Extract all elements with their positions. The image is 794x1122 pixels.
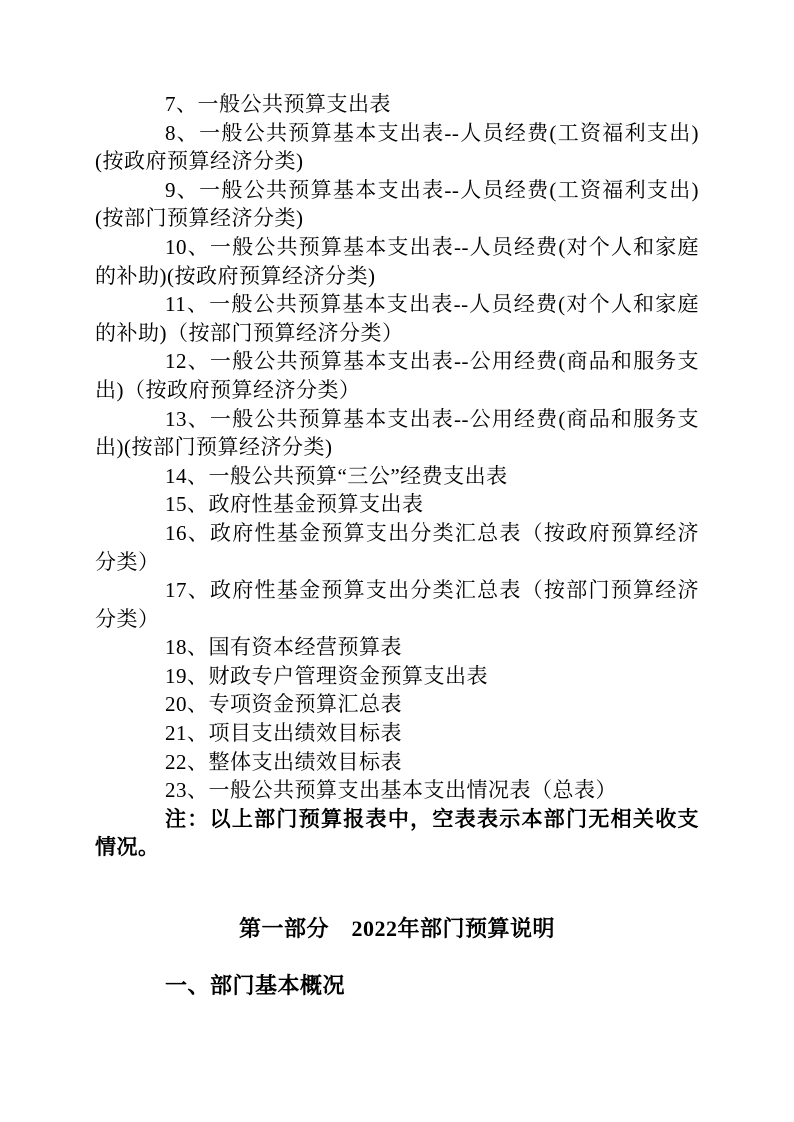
budget-table-list-item-11: 11、一般公共预算基本支出表--人员经费(对个人和家庭的补助)（按部门预算经济分…	[95, 290, 699, 347]
budget-table-list-item-15: 15、政府性基金预算支出表	[95, 490, 699, 519]
budget-table-list-item-20: 20、专项资金预算汇总表	[95, 690, 699, 719]
budget-table-list-item-22: 22、整体支出绩效目标表	[95, 748, 699, 777]
budget-table-list-item-9: 9、一般公共预算基本支出表--人员经费(工资福利支出)(按部门预算经济分类)	[95, 176, 699, 233]
budget-table-list-item-19: 19、财政专户管理资金预算支出表	[95, 662, 699, 691]
budget-table-list-item-14: 14、一般公共预算“三公”经费支出表	[95, 462, 699, 491]
budget-table-list-item-21: 21、项目支出绩效目标表	[95, 719, 699, 748]
budget-table-list-item-23: 23、一般公共预算支出基本支出情况表（总表）	[95, 776, 699, 805]
document-page: 7、一般公共预算支出表 8、一般公共预算基本支出表--人员经费(工资福利支出)(…	[0, 0, 794, 1122]
budget-table-list-item-12: 12、一般公共预算基本支出表--公用经费(商品和服务支出)（按政府预算经济分类）	[95, 347, 699, 404]
empty-table-note: 注：以上部门预算报表中，空表表示本部门无相关收支情况。	[95, 805, 699, 862]
budget-table-list-item-18: 18、国有资本经营预算表	[95, 633, 699, 662]
section-one-heading: 一、部门基本概况	[95, 970, 699, 1001]
budget-table-list-item-17: 17、政府性基金预算支出分类汇总表（按部门预算经济分类）	[95, 576, 699, 633]
budget-table-list-item-8: 8、一般公共预算基本支出表--人员经费(工资福利支出)(按政府预算经济分类)	[95, 119, 699, 176]
budget-table-list-item-10: 10、一般公共预算基本支出表--人员经费(对个人和家庭的补助)(按政府预算经济分…	[95, 233, 699, 290]
budget-table-list-item-13: 13、一般公共预算基本支出表--公用经费(商品和服务支出)(按部门预算经济分类)	[95, 405, 699, 462]
part-one-heading: 第一部分 2022年部门预算说明	[95, 913, 699, 944]
document-content: 7、一般公共预算支出表 8、一般公共预算基本支出表--人员经费(工资福利支出)(…	[0, 0, 794, 1001]
budget-table-list-item-16: 16、政府性基金预算支出分类汇总表（按政府预算经济分类）	[95, 519, 699, 576]
budget-table-list-item-7: 7、一般公共预算支出表	[95, 90, 699, 119]
